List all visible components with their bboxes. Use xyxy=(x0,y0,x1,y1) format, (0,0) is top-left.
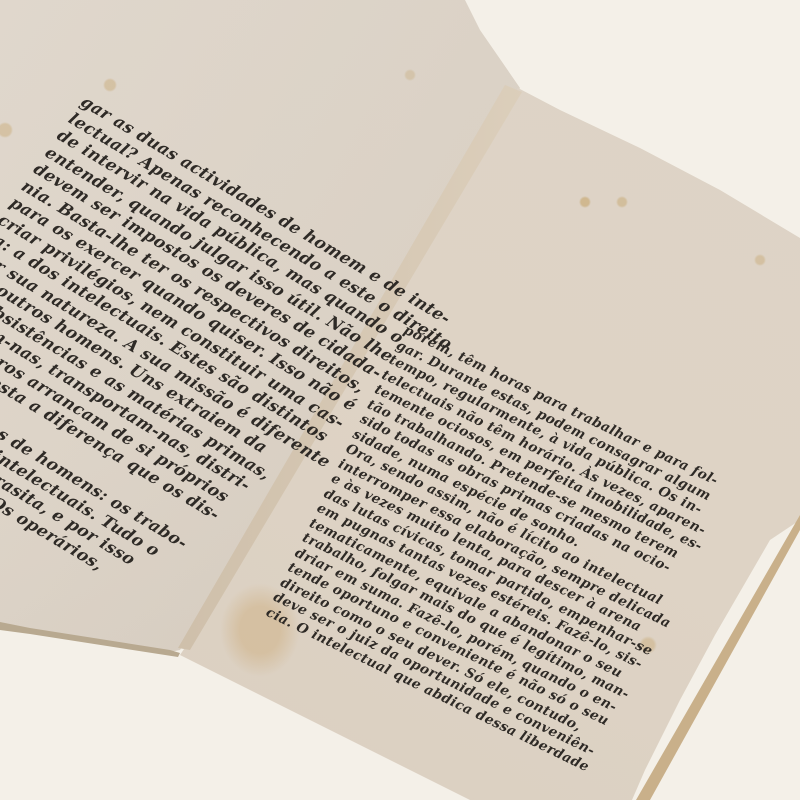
book-photo: gar as duas actividades de homem e de in… xyxy=(0,0,800,800)
